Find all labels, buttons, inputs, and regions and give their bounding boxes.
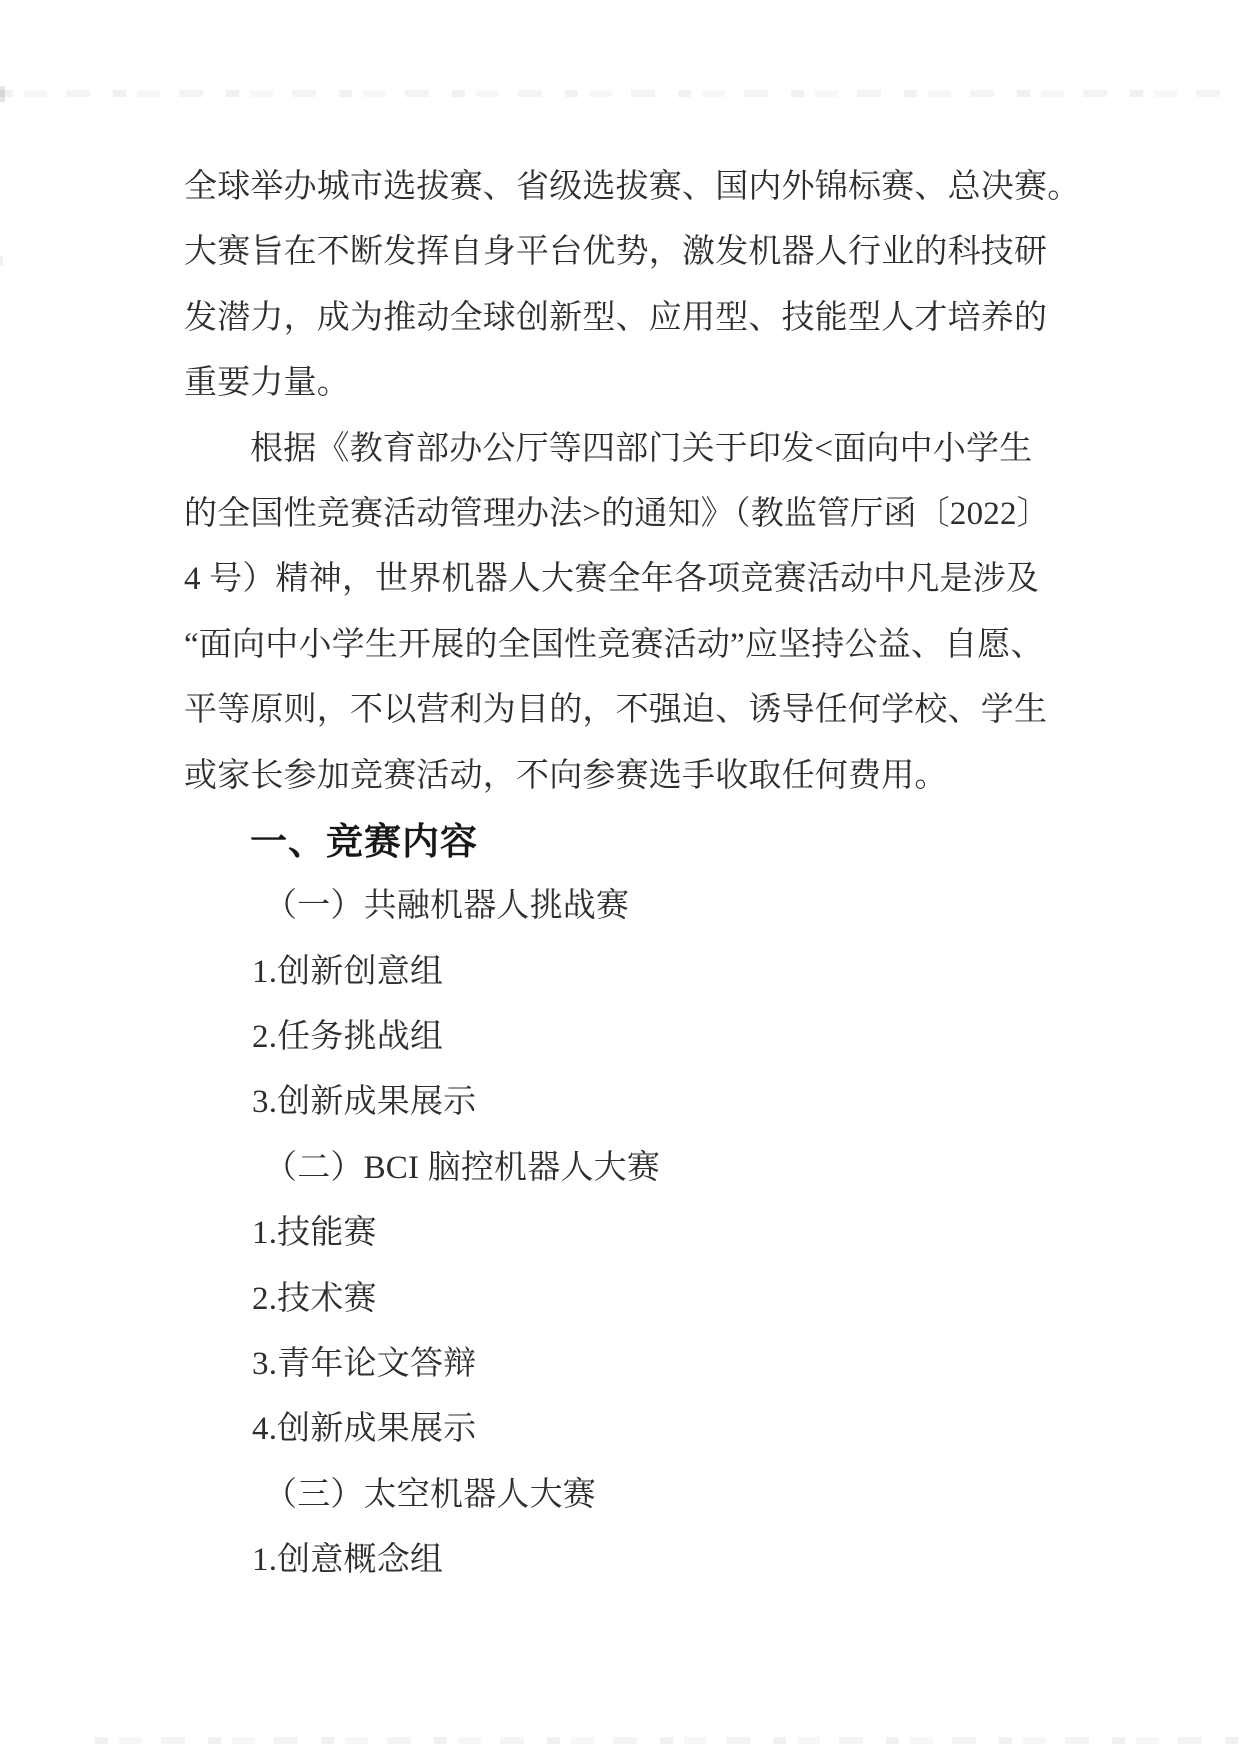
list-item: 1.创意概念组 (184, 1528, 1124, 1593)
scan-noise-top (0, 90, 1240, 97)
list-item: 3.青年论文答辩 (184, 1332, 1124, 1397)
body-text-line: 根据《教育部办公厅等四部门关于印发<面向中小学生 (184, 417, 1124, 482)
list-item: 3.创新成果展示 (184, 1070, 1124, 1135)
body-text-line: 全球举办城市选拔赛、省级选拔赛、国内外锦标赛、总决赛。 (184, 155, 1124, 220)
scan-speck (0, 256, 3, 266)
document-body: 全球举办城市选拔赛、省级选拔赛、国内外锦标赛、总决赛。 大赛旨在不断发挥自身平台… (184, 155, 1124, 1594)
list-item: 4.创新成果展示 (184, 1397, 1124, 1462)
subsection-heading-coexisting-robot: （一）共融机器人挑战赛 (184, 874, 1124, 939)
list-item: 1.创新创意组 (184, 940, 1124, 1005)
body-text-line: 的全国性竞赛活动管理办法>的通知》（教监管厅函〔2022〕 (184, 482, 1124, 547)
scan-speck (0, 86, 5, 102)
body-text-line: 平等原则，不以营利为目的，不强迫、诱导任何学校、学生 (184, 678, 1124, 743)
body-text-line: 大赛旨在不断发挥自身平台优势，激发机器人行业的科技研 (184, 220, 1124, 285)
subsection-heading-space-robot: （三）太空机器人大赛 (184, 1463, 1124, 1528)
body-text-line: 重要力量。 (184, 351, 1124, 416)
list-item: 1.技能赛 (184, 1201, 1124, 1266)
body-text-line: 4 号）精神，世界机器人大赛全年各项竞赛活动中凡是涉及 (184, 547, 1124, 612)
list-item: 2.技术赛 (184, 1267, 1124, 1332)
subsection-heading-bci-robot: （二）BCI 脑控机器人大赛 (184, 1136, 1124, 1201)
scan-noise-bottom (95, 1737, 1240, 1744)
list-item: 2.任务挑战组 (184, 1005, 1124, 1070)
body-text-line: 或家长参加竞赛活动，不向参赛选手收取任何费用。 (184, 744, 1124, 809)
body-text-line: “面向中小学生开展的全国性竞赛活动”应坚持公益、自愿、 (184, 613, 1124, 678)
section-heading-competition-content: 一、竞赛内容 (184, 809, 1124, 874)
scanned-document-page: 全球举办城市选拔赛、省级选拔赛、国内外锦标赛、总决赛。 大赛旨在不断发挥自身平台… (0, 0, 1240, 1753)
body-text-line: 发潜力，成为推动全球创新型、应用型、技能型人才培养的 (184, 286, 1124, 351)
